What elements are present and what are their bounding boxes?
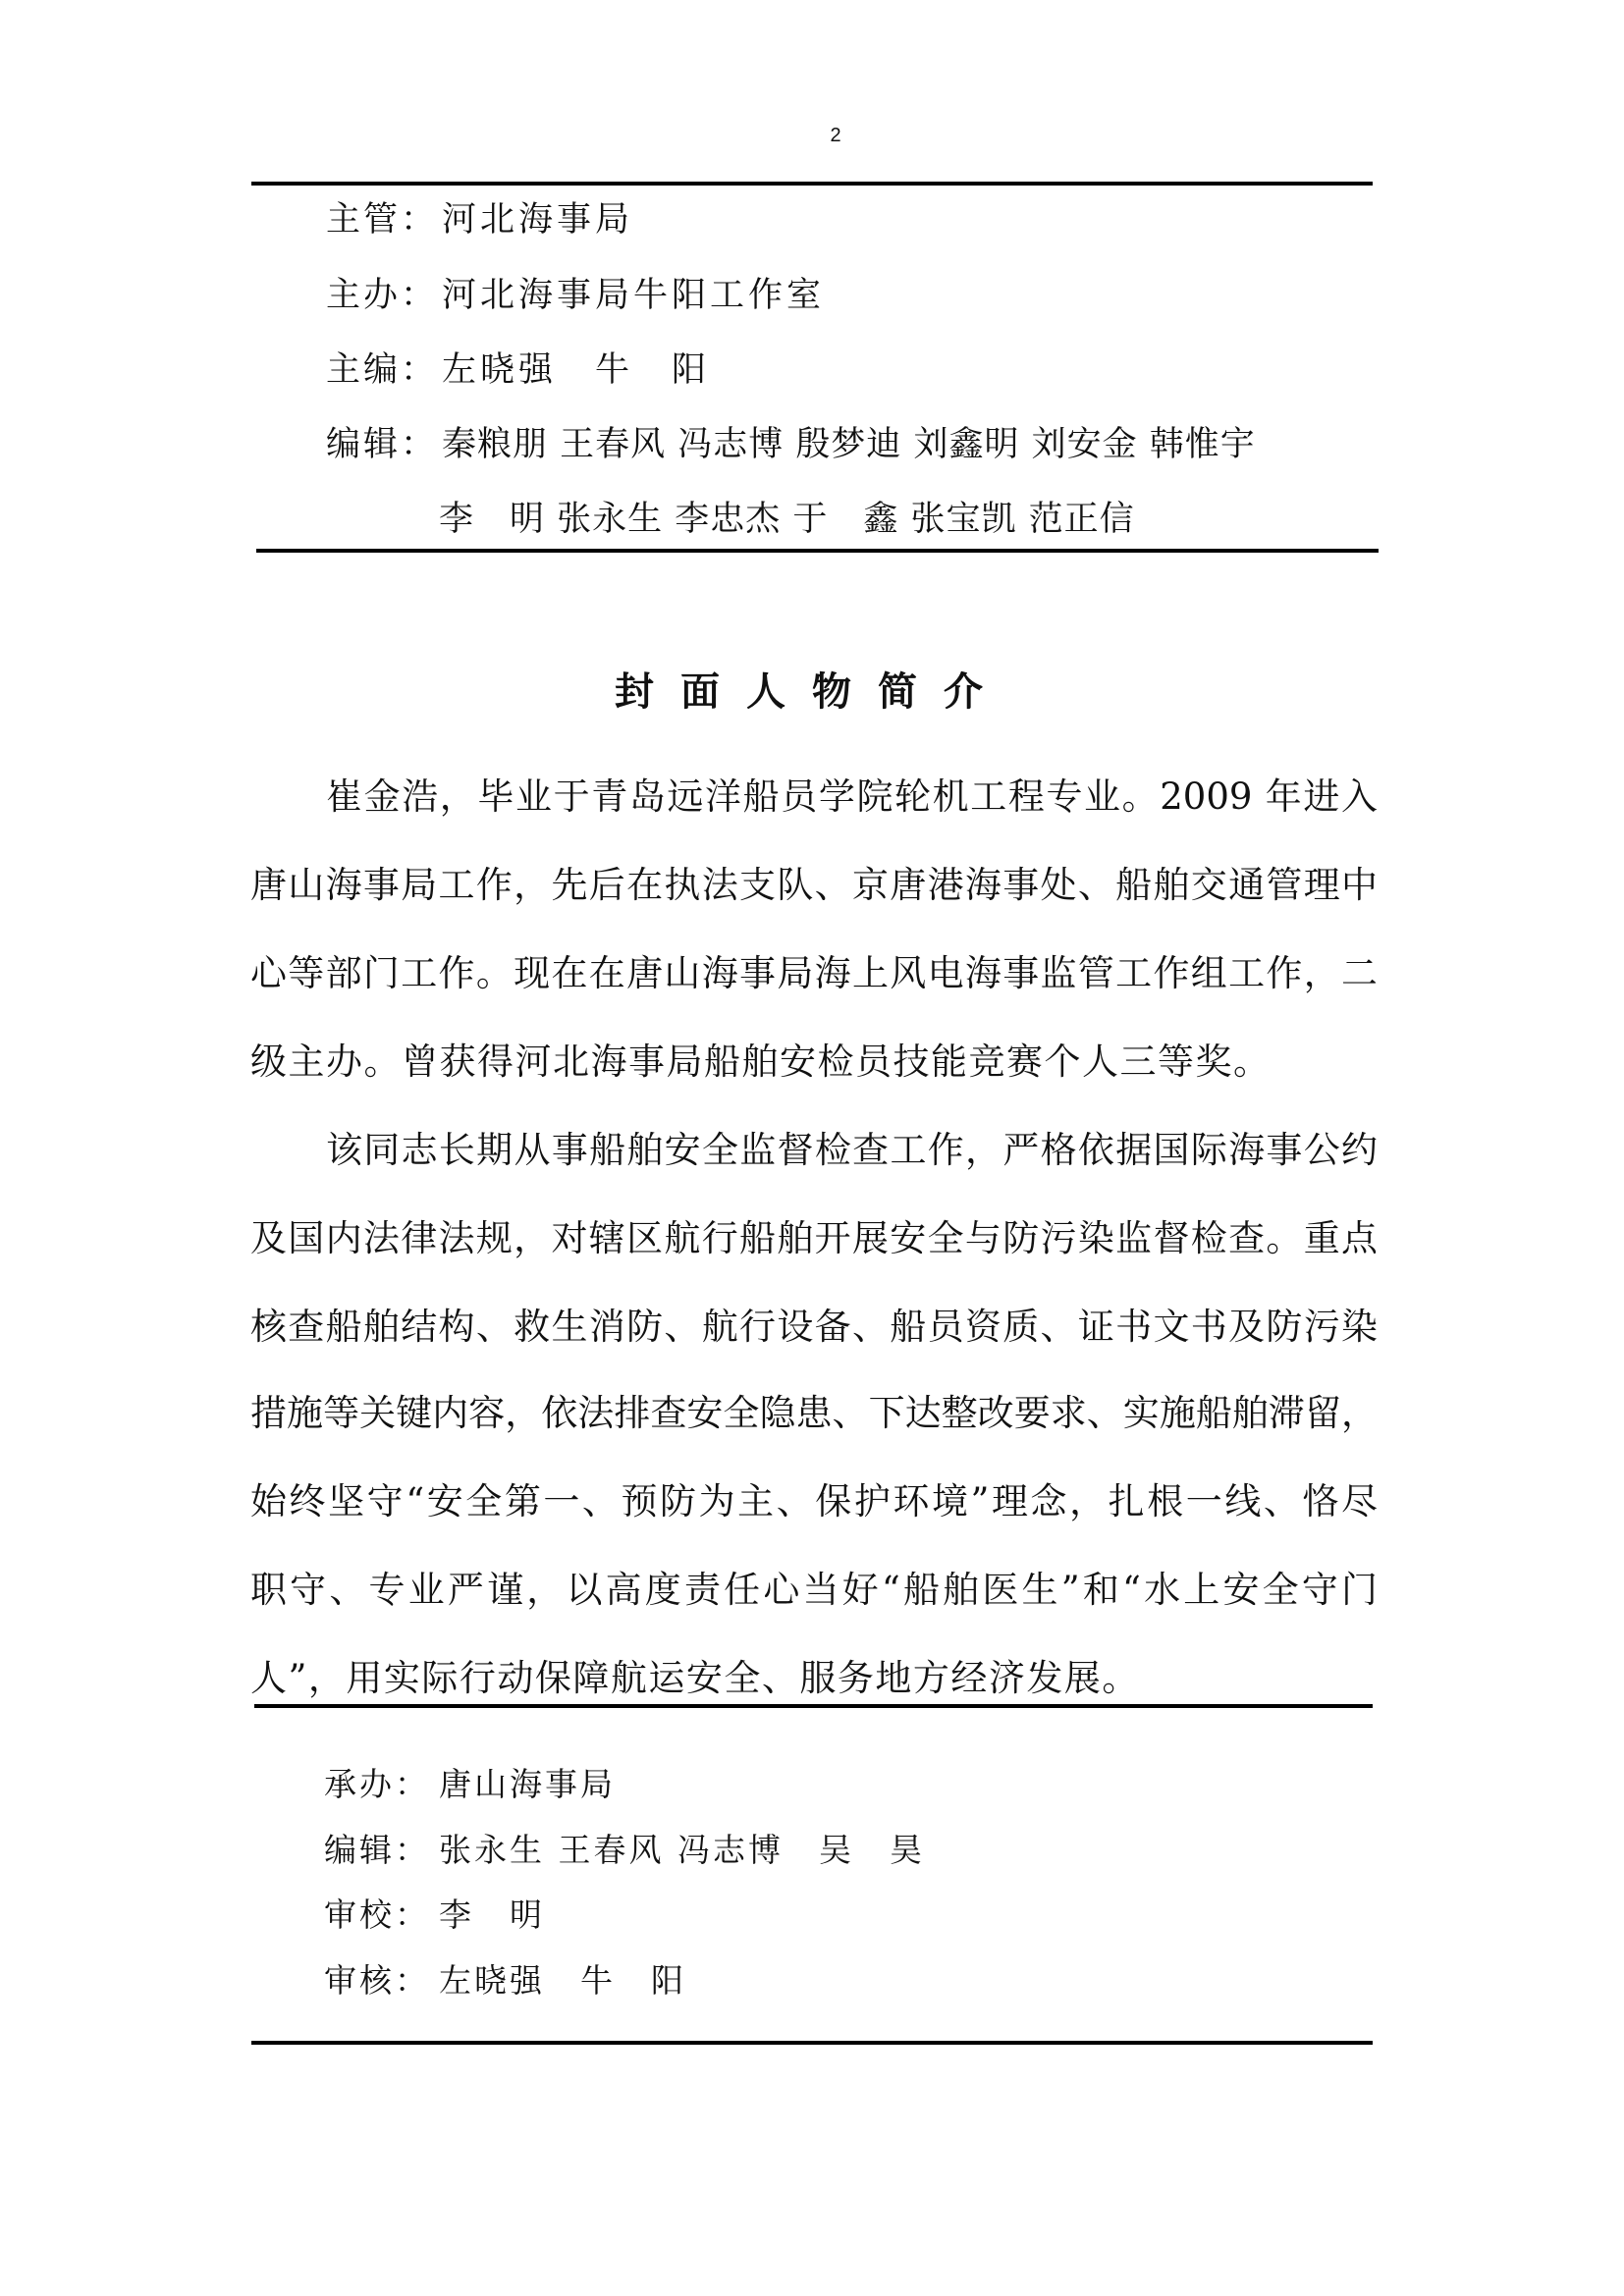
credits-value: 唐山海事局	[439, 1764, 616, 1805]
masthead-value: 李 明 张永生 李忠杰 于 鑫 张宝凯 范正信	[439, 498, 1135, 541]
masthead-label: 编辑：	[326, 423, 438, 466]
masthead-bottom-rule	[256, 549, 1379, 553]
masthead-value: 河北海事局牛阳工作室	[442, 274, 825, 317]
body-line: 职守、专业严谨，以高度责任心当好“船舶医生”和“水上安全守门	[250, 1569, 1378, 1612]
credits-label: 审校：	[324, 1895, 430, 1936]
body-line: 心等部门工作。现在在唐山海事局海上风电海事监管工作组工作，二	[250, 952, 1378, 995]
masthead-top-rule	[251, 182, 1373, 186]
masthead-value: 河北海事局	[442, 198, 633, 241]
body-line: 人”，用实际行动保障航运安全、服务地方经济发展。	[250, 1657, 1378, 1700]
masthead-label: 主管：	[326, 198, 438, 241]
article-bottom-rule	[254, 1704, 1373, 1708]
body-line: 级主办。曾获得河北海事局船舶安检员技能竞赛个人三等奖。	[250, 1041, 1378, 1084]
masthead-value: 秦粮朋 王春风 冯志博 殷梦迪 刘鑫明 刘安金 韩惟宇	[442, 423, 1256, 466]
body-line: 核查船舶结构、救生消防、航行设备、船员资质、证书文书及防污染	[250, 1306, 1378, 1349]
body-line: 及国内法律法规，对辖区航行船舶开展安全与防污染监督检查。重点	[250, 1217, 1378, 1260]
body-line: 崔金浩，毕业于青岛远洋船员学院轮机工程专业。2009 年进入	[326, 775, 1378, 819]
body-line: 始终坚守“安全第一、预防为主、保护环境”理念，扎根一线、恪尽	[250, 1480, 1378, 1523]
masthead-label: 主编：	[326, 348, 438, 392]
credits-label: 审核：	[324, 1960, 430, 2002]
credits-value: 张永生 王春风 冯志博 吴 昊	[439, 1830, 925, 1871]
credits-value: 李 明	[439, 1895, 545, 1936]
body-line: 唐山海事局工作，先后在执法支队、京唐港海事处、船舶交通管理中	[250, 864, 1378, 907]
body-line: 措施等关键内容，依法排查安全隐患、下达整改要求、实施船舶滞留，	[250, 1392, 1378, 1435]
body-line: 该同志长期从事船舶安全监督检查工作，严格依据国际海事公约	[326, 1129, 1378, 1172]
article-title: 封面人物简介	[0, 667, 1624, 717]
credits-bottom-rule	[251, 2041, 1373, 2045]
credits-label: 编辑：	[324, 1830, 430, 1871]
page-number: 2	[0, 124, 1624, 147]
masthead-label: 主办：	[326, 274, 438, 317]
credits-value: 左晓强 牛 阳	[439, 1960, 686, 2002]
credits-label: 承办：	[324, 1764, 430, 1805]
masthead-value: 左晓强 牛 阳	[442, 348, 710, 392]
